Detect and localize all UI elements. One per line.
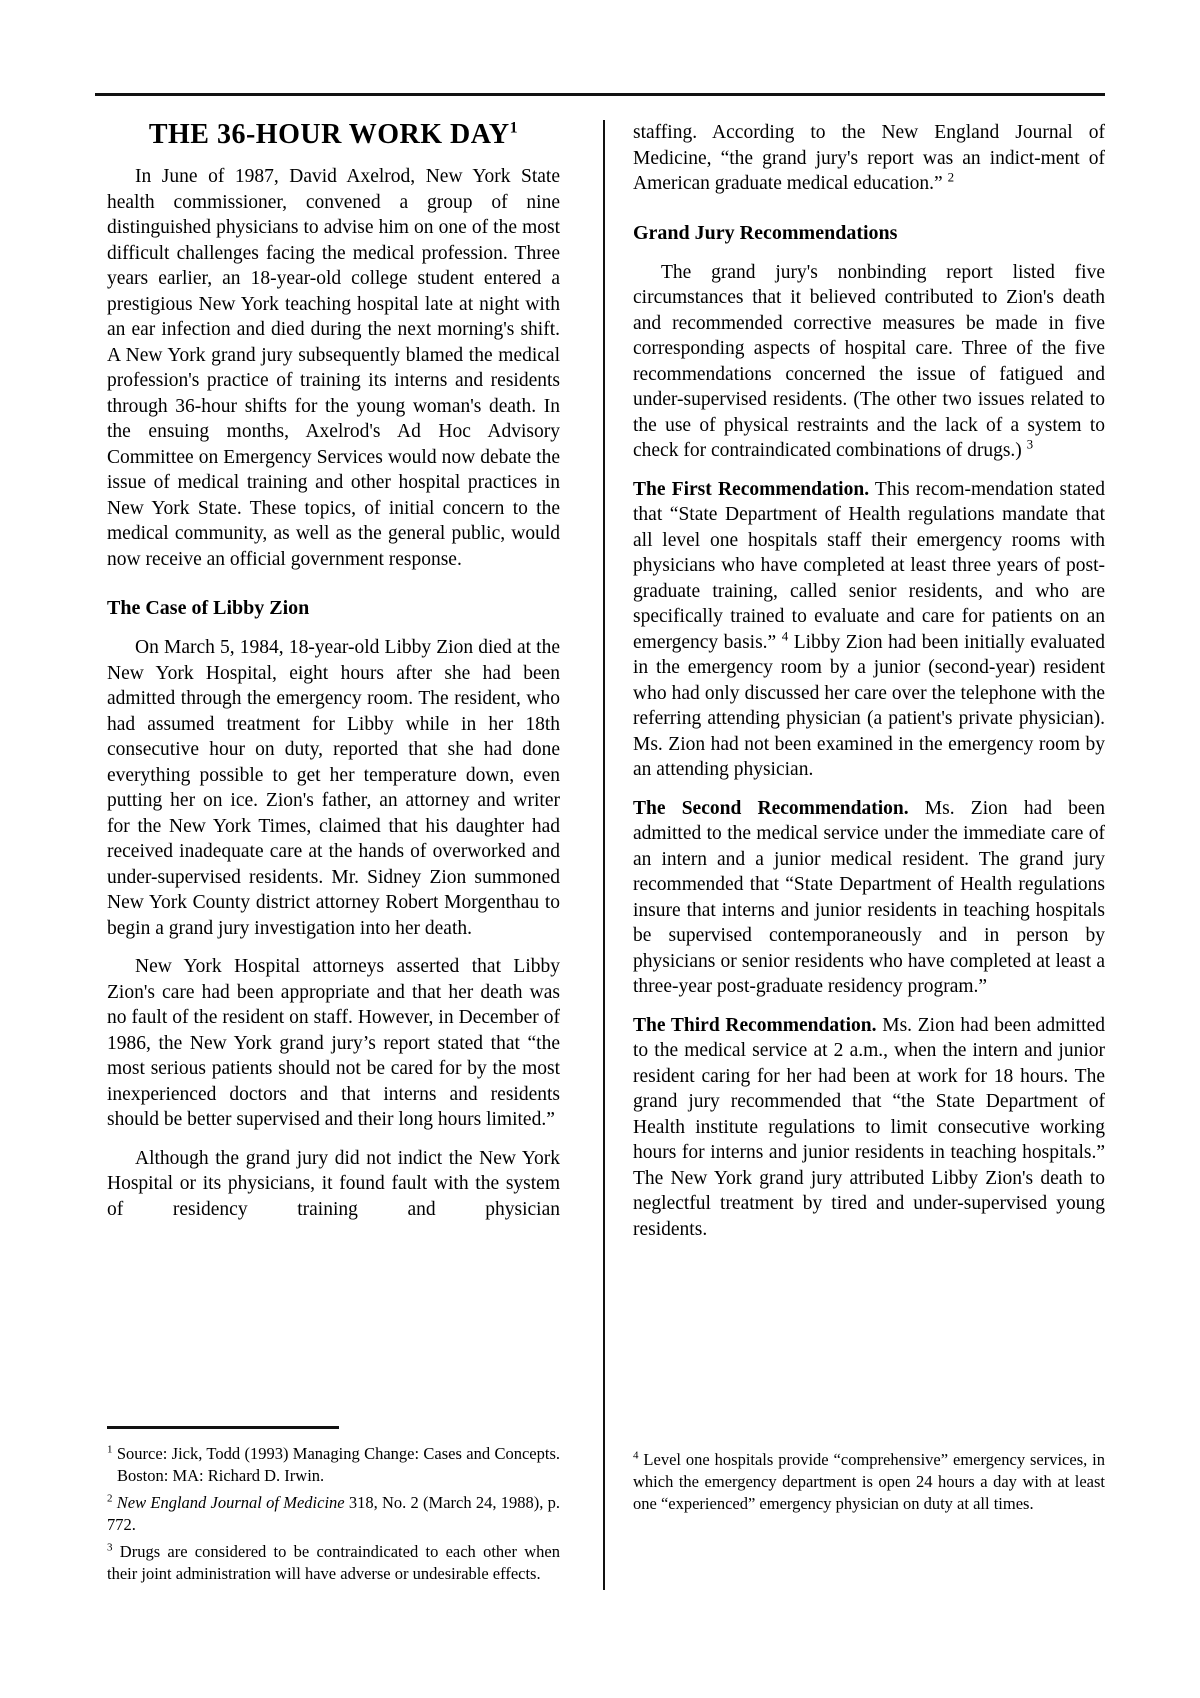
footnote-1-marker: 1 [107,1444,113,1456]
footnote-2-marker: 2 [107,1493,113,1505]
recommendations-section-heading: Grand Jury Recommendations [633,220,1105,246]
footnote-4-marker: 4 [633,1450,639,1462]
footnote-ref-2: 2 [948,170,955,185]
left-footnotes: 1 Source: Jick, Todd (1993) Managing Cha… [107,1426,560,1590]
footnote-4: 4 Level one hospitals provide “comprehen… [633,1449,1105,1515]
left-column: THE 36-HOUR WORK DAY1 In June of 1987, D… [95,120,603,1590]
title-footnote-ref: 1 [510,120,519,137]
document-title: THE 36-HOUR WORK DAY1 [107,120,560,150]
footnote-2-journal: New England Journal of Medicine [117,1493,345,1512]
footnote-3-marker: 3 [107,1542,113,1554]
continuation-paragraph-text: staffing. According to the New England J… [633,122,1105,194]
third-recommendation-text: Ms. Zion had been admitted to the medica… [633,1015,1105,1240]
grand-jury-intro-text: The grand jury's nonbinding report liste… [633,262,1105,462]
second-recommendation-paragraph: The Second Recommendation. Ms. Zion had … [633,796,1105,1000]
footnote-1: 1 Source: Jick, Todd (1993) Managing Cha… [107,1443,560,1487]
right-footnotes: 4 Level one hospitals provide “comprehen… [633,1449,1105,1590]
first-recommendation-lead: The First Recommendation. [633,479,869,500]
case-section-heading: The Case of Libby Zion [107,595,560,621]
footnote-1-text: Source: Jick, Todd (1993) Managing Chang… [117,1444,560,1485]
first-recommendation-text-before: This recom-mendation stated that “State … [633,479,1105,653]
footnote-ref-3: 3 [1027,437,1034,452]
grand-jury-intro-paragraph: The grand jury's nonbinding report liste… [633,260,1105,464]
right-column: staffing. According to the New England J… [605,120,1105,1590]
third-recommendation-paragraph: The Third Recommendation. Ms. Zion had b… [633,1013,1105,1243]
first-recommendation-paragraph: The First Recommendation. This recom-men… [633,477,1105,783]
footnote-4-text: Level one hospitals provide “comprehensi… [633,1450,1105,1513]
top-rule [95,93,1105,96]
intro-paragraph: In June of 1987, David Axelrod, New York… [107,164,560,572]
second-recommendation-lead: The Second Recommendation. [633,798,909,819]
case-paragraph-1: On March 5, 1984, 18-year-old Libby Zion… [107,635,560,941]
continuation-paragraph: staffing. According to the New England J… [633,120,1105,197]
document-page: THE 36-HOUR WORK DAY1 In June of 1987, D… [0,0,1200,1698]
case-paragraph-2: New York Hospital attorneys asserted tha… [107,954,560,1133]
footnote-3-text: Drugs are considered to be contraindicat… [107,1542,560,1583]
footnote-2: 2 New England Journal of Medicine 318, N… [107,1492,560,1536]
footnote-separator-rule [107,1426,339,1429]
first-recommendation-text-after: Libby Zion had been initially evaluated … [633,632,1105,781]
second-recommendation-text: Ms. Zion had been admitted to the medica… [633,798,1105,998]
two-column-layout: THE 36-HOUR WORK DAY1 In June of 1987, D… [95,120,1105,1590]
third-recommendation-lead: The Third Recommendation. [633,1015,877,1036]
footnote-3: 3 Drugs are considered to be contraindic… [107,1541,560,1585]
case-paragraph-3: Although the grand jury did not indict t… [107,1146,560,1223]
document-title-text: THE 36-HOUR WORK DAY [149,119,510,150]
